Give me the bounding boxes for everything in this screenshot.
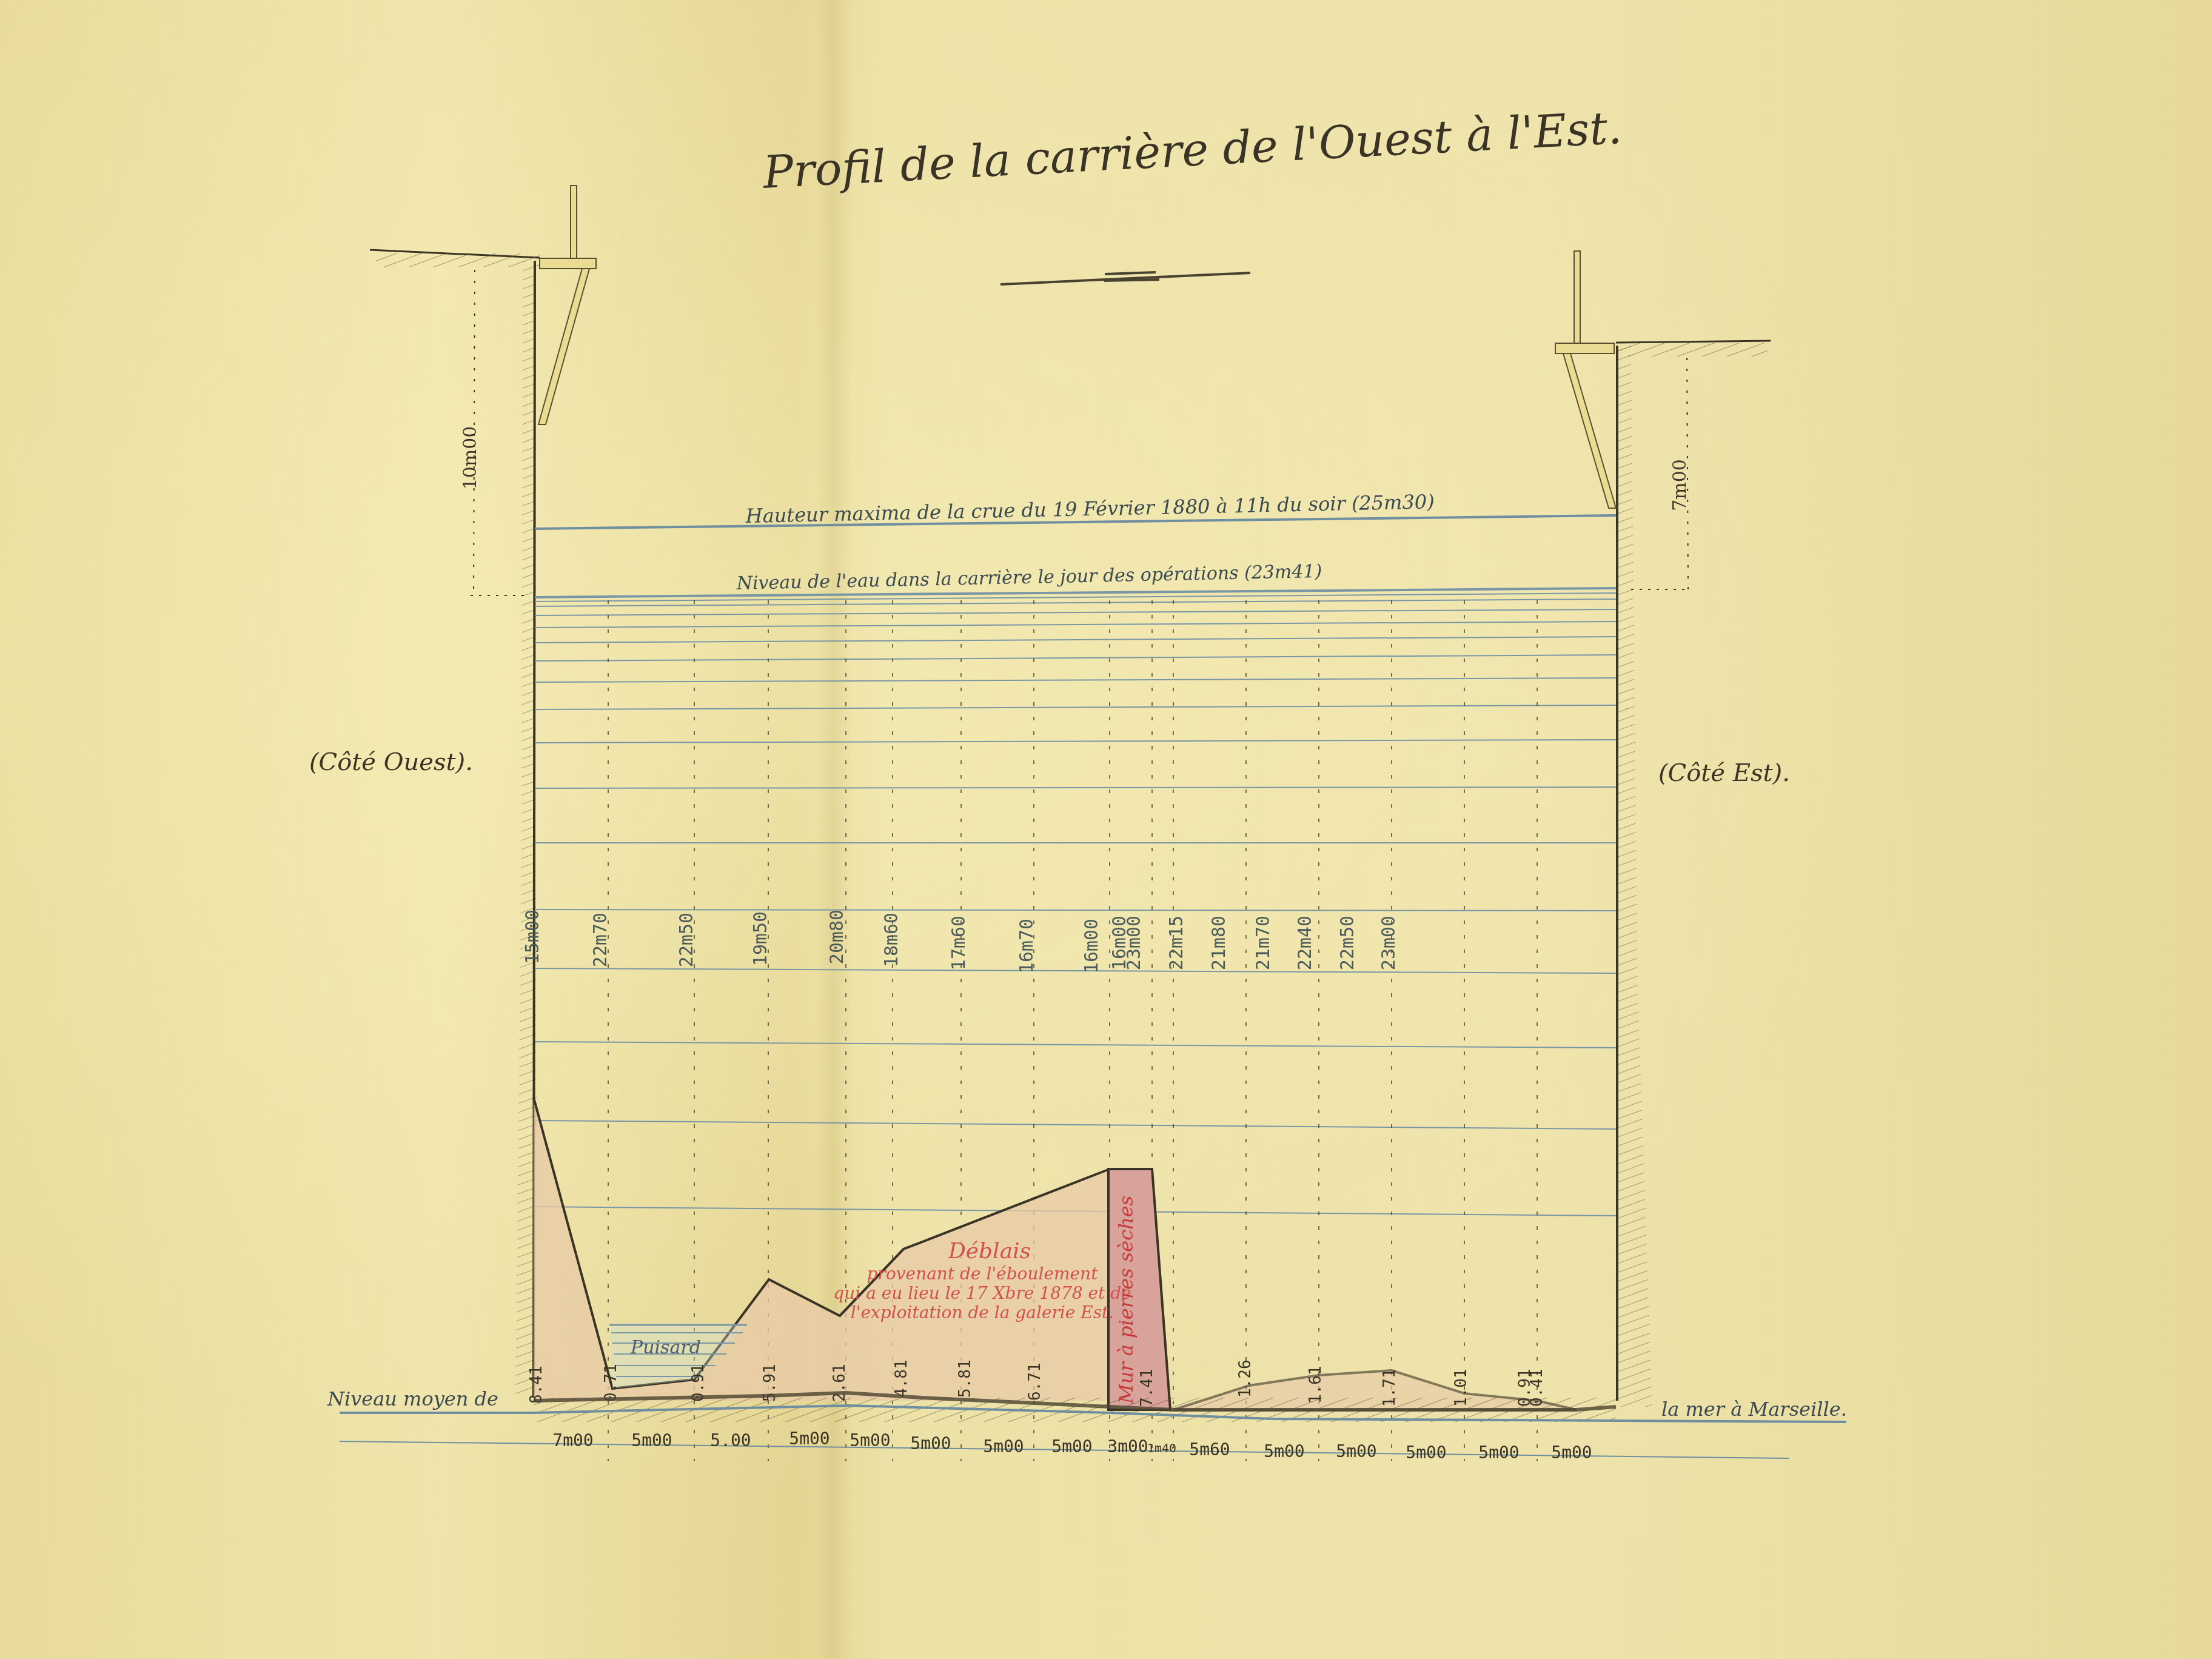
depth-label: 22m50 <box>676 913 697 967</box>
spacing-label: 5m00 <box>789 1429 829 1449</box>
west-side-label: (Côté Ouest). <box>309 748 473 776</box>
east-ground-surface <box>1616 341 1771 1407</box>
elevation-label: 1.26 <box>1236 1359 1255 1398</box>
spacing-label: 5m00 <box>1478 1443 1519 1463</box>
puisard-label: Puisard <box>630 1337 701 1358</box>
spacing-label: 5m00 <box>1406 1443 1446 1463</box>
depth-label: 16m70 <box>1016 919 1037 973</box>
elevation-label: 6.71 <box>1026 1362 1044 1401</box>
deblais-line: l'exploitation de la galerie Est. <box>851 1302 1114 1322</box>
spacing-label: 5m00 <box>910 1433 951 1453</box>
sea-level-label-right: la mer à Marseille. <box>1661 1398 1847 1421</box>
spacing-label: 5.00 <box>710 1430 751 1450</box>
east-side-label: (Côté Est). <box>1658 759 1790 787</box>
spacing-label: 5m00 <box>850 1430 890 1450</box>
depth-label: 15m00 <box>522 910 543 964</box>
west-survey-post <box>538 186 596 424</box>
spacing-label: 5m00 <box>631 1430 672 1450</box>
depth-label: 19m50 <box>750 911 771 966</box>
west-ground-surface <box>370 250 540 1398</box>
elevation-label: 0.71 <box>602 1364 620 1402</box>
spacing-label: 5m00 <box>983 1436 1024 1456</box>
elevation-label: 5.81 <box>956 1359 974 1398</box>
elevation-label: 2.61 <box>831 1364 849 1402</box>
depth-label: 17m60 <box>948 916 970 970</box>
water-level-label: Niveau de l'eau dans la carrière le jour… <box>736 561 1322 594</box>
diagram-title: Profil de la carrière de l'Ouest à l'Est… <box>760 102 1623 199</box>
deblais-line: provenant de l'éboulement <box>867 1264 1099 1284</box>
spacing-label: 5m00 <box>1051 1436 1092 1456</box>
depth-label: 22m40 <box>1295 916 1316 970</box>
spacing-label: 7m00 <box>552 1430 593 1450</box>
flood-line: Hauteur maxima de la crue du 19 Février … <box>535 490 1616 529</box>
deblais-title: Déblais <box>948 1239 1031 1264</box>
west-wall-height: 10m00 <box>460 426 481 490</box>
title-ornament <box>1000 272 1250 284</box>
depth-labels: 15m00 22m70 22m50 19m50 20m80 18m60 17m6… <box>522 910 1399 973</box>
depth-label: 18m60 <box>881 913 902 967</box>
depth-label: 21m80 <box>1208 916 1230 970</box>
depth-label: 23m00 <box>1378 916 1399 970</box>
east-survey-post <box>1555 251 1616 508</box>
elevation-label: 4.81 <box>893 1359 911 1398</box>
spacing-label: 5m60 <box>1189 1439 1230 1460</box>
water-level: Niveau de l'eau dans la carrière le jour… <box>535 561 1616 1216</box>
depth-label: 21m70 <box>1253 916 1274 970</box>
depth-label: 22m50 <box>1337 916 1358 970</box>
deblais-line: qui a eu lieu le 17 Xbre 1878 et de <box>833 1283 1131 1303</box>
west-height-dimension: 10m00 <box>460 270 528 595</box>
spacing-label: 5m00 <box>1336 1441 1376 1461</box>
spacing-label: 5m00 <box>1551 1443 1592 1463</box>
spacing-label: 1m40 <box>1147 1441 1176 1455</box>
depth-label: 22m15 <box>1166 916 1187 970</box>
east-wall-height: 7m00 <box>1669 459 1691 511</box>
depth-label: 22m70 <box>590 913 611 967</box>
sea-level-label-left: Niveau moyen de <box>327 1387 498 1410</box>
spacing-label: 5m00 <box>1264 1441 1304 1461</box>
spacing-label: 3m00 <box>1107 1436 1148 1456</box>
depth-label: 16m00 <box>1081 919 1102 973</box>
depth-label: 20m80 <box>826 910 848 964</box>
depth-label: 23m00 <box>1124 916 1145 970</box>
profile-drawing: Profil de la carrière de l'Ouest à l'Est… <box>0 0 2212 1659</box>
east-height-dimension: 7m00 <box>1631 358 1691 591</box>
